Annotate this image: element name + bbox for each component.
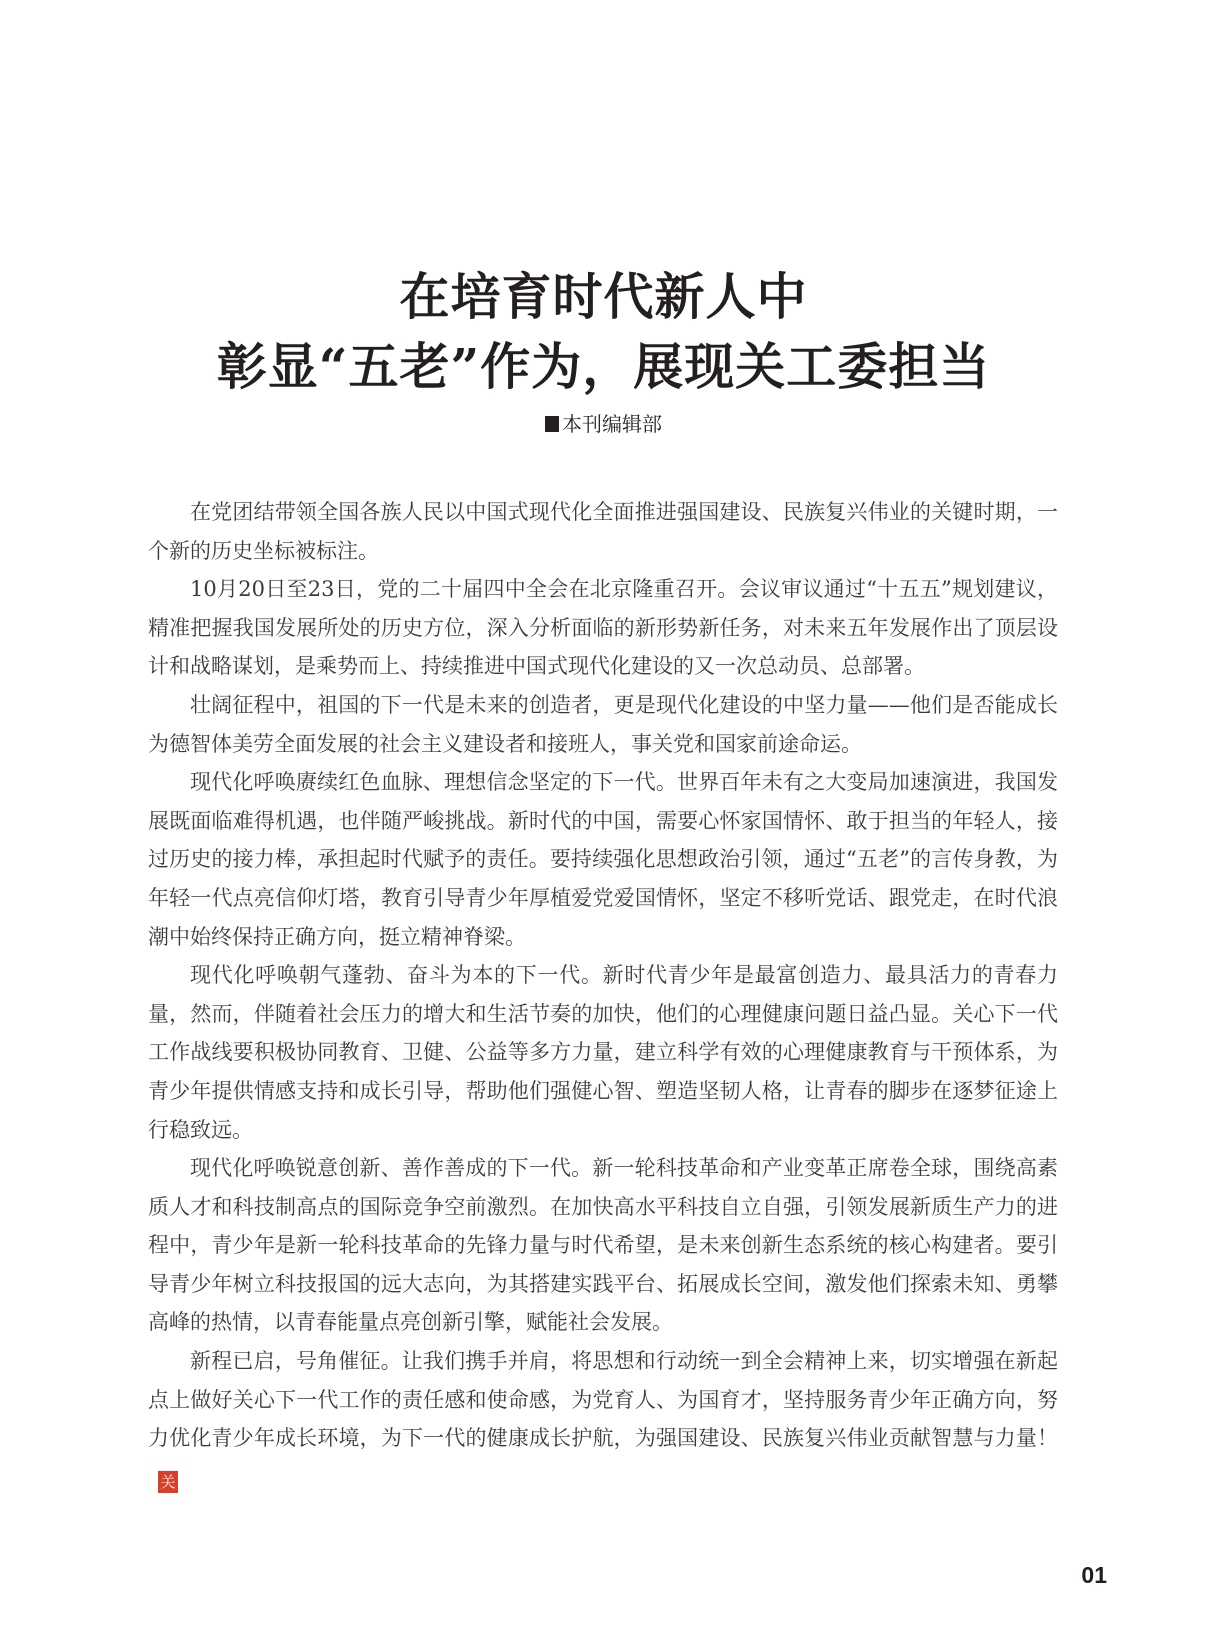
paragraph: 现代化呼唤赓续红色血脉、理想信念坚定的下一代。世界百年未有之大变局加速演进，我国… [148, 763, 1058, 956]
paragraph: 10月20日至23日，党的二十届四中全会在北京隆重召开。会议审议通过“十五五”规… [148, 570, 1058, 686]
page-number: 01 [1081, 1562, 1107, 1589]
paragraph-final: 新程已启，号角催征。让我们携手并肩，将思想和行动统一到全会精神上来，切实增强在新… [148, 1342, 1058, 1496]
article-title-line-2: 彰显“五老”作为，展现关工委担当 [0, 332, 1207, 402]
end-mark-icon: 关 [158, 1471, 178, 1493]
byline: 本刊编辑部 [0, 410, 1207, 438]
paragraph: 现代化呼唤锐意创新、善作善成的下一代。新一轮科技革命和产业变革正席卷全球，围绕高… [148, 1149, 1058, 1342]
paragraph: 在党团结带领全国各族人民以中国式现代化全面推进强国建设、民族复兴伟业的关键时期，… [148, 493, 1058, 570]
square-bullet-icon [545, 416, 559, 432]
paragraph: 壮阔征程中，祖国的下一代是未来的创造者，更是现代化建设的中坚力量——他们是否能成… [148, 686, 1058, 763]
article-body: 在党团结带领全国各族人民以中国式现代化全面推进强国建设、民族复兴伟业的关键时期，… [148, 493, 1058, 1496]
paragraph-final-text: 新程已启，号角催征。让我们携手并肩，将思想和行动统一到全会精神上来，切实增强在新… [148, 1349, 1058, 1450]
byline-author: 本刊编辑部 [562, 412, 662, 436]
paragraph: 现代化呼唤朝气蓬勃、奋斗为本的下一代。新时代青少年是最富创造力、最具活力的青春力… [148, 956, 1058, 1149]
article-title-line-1: 在培育时代新人中 [0, 262, 1207, 332]
document-page: 在培育时代新人中 彰显“五老”作为，展现关工委担当 本刊编辑部 在党团结带领全国… [0, 0, 1207, 1638]
